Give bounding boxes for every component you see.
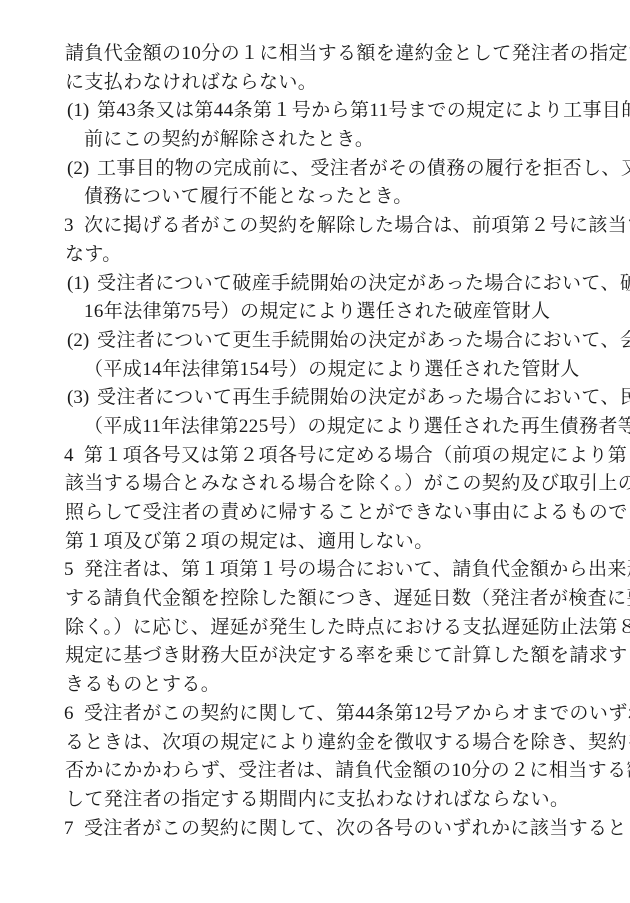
line-text: 次に掲げる者がこの契約を解除した場合は、前項第２号に該当する場合とみ: [84, 215, 630, 236]
document-line: 7 受注者がこの契約に関して、次の各号のいずれかに該当するときは、契約を: [0, 815, 630, 844]
line-text: 除く。）に応じ、遅延が発生した時点における支払遅延防止法第８条第１項の: [65, 617, 630, 638]
line-text: 第１項及び第２項の規定は、適用しない。: [65, 531, 434, 552]
document-line: 除く。）に応じ、遅延が発生した時点における支払遅延防止法第８条第１項の: [0, 614, 630, 643]
document-line: (1) 受注者について破産手続開始の決定があった場合において、破産法（平成: [0, 270, 630, 299]
document-line: する請負代金額を控除した額につき、遅延日数（発注者が検査に要した日数を: [0, 585, 630, 614]
clause-number: 7: [64, 815, 74, 844]
document-line: 16年法律第75号）の規定により選任された破産管財人: [0, 298, 630, 327]
document-line: 6 受注者がこの契約に関して、第44条第12号アからオまでのいずれかに該当す: [0, 700, 630, 729]
document-line: 否かにかかわらず、受注者は、請負代金額の10分の２に相当する額を違約金と: [0, 757, 630, 786]
document-line: 請負代金額の10分の１に相当する額を違約金として発注者の指定する期間内: [0, 40, 630, 69]
contract-document-page: 請負代金額の10分の１に相当する額を違約金として発注者の指定する期間内 に支払わ…: [0, 0, 630, 903]
document-line: 5 発注者は、第１項第１号の場合において、請負代金額から出来形部分に相応: [0, 556, 630, 585]
clause-number: 4: [64, 442, 74, 471]
document-line: 4 第１項各号又は第２項各号に定める場合（前項の規定により第２項第２号に: [0, 442, 630, 471]
line-text: 第１項各号又は第２項各号に定める場合（前項の規定により第２項第２号に: [84, 445, 630, 466]
line-text: 受注者について破産手続開始の決定があった場合において、破産法（平成: [97, 273, 630, 294]
line-text: する請負代金額を控除した額につき、遅延日数（発注者が検査に要した日数を: [65, 588, 630, 609]
clause-number: (2): [67, 327, 89, 356]
line-text: 照らして受注者の責めに帰することができない事由によるものであるときは、: [65, 502, 630, 523]
line-text: 発注者は、第１項第１号の場合において、請負代金額から出来形部分に相応: [84, 559, 630, 580]
line-text: （平成11年法律第225号）の規定により選任された再生債務者等: [84, 416, 630, 437]
line-text: に支払わなければならない。: [65, 72, 317, 93]
document-line: 前にこの契約が解除されたとき。: [0, 126, 630, 155]
line-text: 否かにかかわらず、受注者は、請負代金額の10分の２に相当する額を違約金と: [65, 760, 630, 781]
clause-number: (1): [67, 270, 89, 299]
line-text: 請負代金額の10分の１に相当する額を違約金として発注者の指定する期間内: [65, 43, 630, 64]
document-line: して発注者の指定する期間内に支払わなければならない。: [0, 786, 630, 815]
document-line: 照らして受注者の責めに帰することができない事由によるものであるときは、: [0, 499, 630, 528]
line-text: 受注者がこの契約に関して、第44条第12号アからオまでのいずれかに該当す: [84, 703, 630, 724]
document-line: (2) 工事目的物の完成前に、受注者がその債務の履行を拒否し、又は受注者の: [0, 155, 630, 184]
line-text: 該当する場合とみなされる場合を除く。）がこの契約及び取引上の社会通念に: [65, 473, 630, 494]
line-text: きるものとする。: [65, 674, 220, 695]
clause-number: 5: [64, 556, 74, 585]
line-text: 受注者について更生手続開始の決定があった場合において、会社更生法: [97, 330, 630, 351]
document-line: 第１項及び第２項の規定は、適用しない。: [0, 528, 630, 557]
document-line: （平成14年法律第154号）の規定により選任された管財人: [0, 356, 630, 385]
line-text: 債務について履行不能となったとき。: [84, 186, 413, 207]
line-text: 前にこの契約が解除されたとき。: [84, 129, 374, 150]
document-line: 規定に基づき財務大臣が決定する率を乗じて計算した額を請求することがで: [0, 642, 630, 671]
document-body: 請負代金額の10分の１に相当する額を違約金として発注者の指定する期間内 に支払わ…: [0, 40, 630, 843]
document-line: 3 次に掲げる者がこの契約を解除した場合は、前項第２号に該当する場合とみ: [0, 212, 630, 241]
clause-number: 3: [64, 212, 74, 241]
document-line: 債務について履行不能となったとき。: [0, 183, 630, 212]
clause-number: (1): [67, 97, 89, 126]
line-text: （平成14年法律第154号）の規定により選任された管財人: [84, 359, 580, 380]
document-line: るときは、次項の規定により違約金を徴収する場合を除き、契約を解除するか: [0, 729, 630, 758]
clause-number: (2): [67, 155, 89, 184]
line-text: して発注者の指定する期間内に支払わなければならない。: [65, 789, 569, 810]
document-line: に支払わなければならない。: [0, 69, 630, 98]
line-text: 受注者について再生手続開始の決定があった場合において、民事再生法: [97, 387, 630, 408]
clause-number: 6: [64, 700, 74, 729]
line-text: るときは、次項の規定により違約金を徴収する場合を除き、契約を解除するか: [65, 732, 630, 753]
clause-number: (3): [67, 384, 89, 413]
document-line: (3) 受注者について再生手続開始の決定があった場合において、民事再生法: [0, 384, 630, 413]
document-line: 該当する場合とみなされる場合を除く。）がこの契約及び取引上の社会通念に: [0, 470, 630, 499]
line-text: 第43条又は第44条第１号から第11号までの規定により工事目的物の完成: [97, 100, 630, 121]
line-text: 16年法律第75号）の規定により選任された破産管財人: [84, 301, 550, 322]
document-line: (1) 第43条又は第44条第１号から第11号までの規定により工事目的物の完成: [0, 97, 630, 126]
line-text: 受注者がこの契約に関して、次の各号のいずれかに該当するときは、契約を: [84, 818, 630, 839]
line-text: 工事目的物の完成前に、受注者がその債務の履行を拒否し、又は受注者の: [97, 158, 630, 179]
line-text: なす。: [65, 244, 122, 265]
document-line: (2) 受注者について更生手続開始の決定があった場合において、会社更生法: [0, 327, 630, 356]
document-line: （平成11年法律第225号）の規定により選任された再生債務者等: [0, 413, 630, 442]
line-text: 規定に基づき財務大臣が決定する率を乗じて計算した額を請求することがで: [65, 645, 630, 666]
document-line: きるものとする。: [0, 671, 630, 700]
document-line: なす。: [0, 241, 630, 270]
